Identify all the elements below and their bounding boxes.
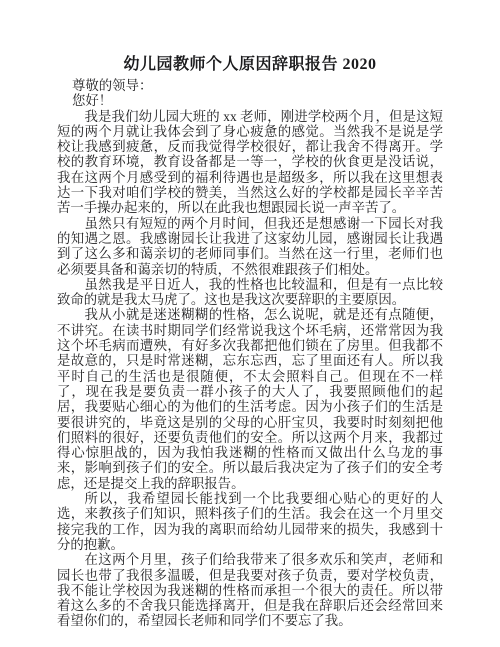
paragraph-farewell: 在这两个月里，孩子们给我带来了很多欢乐和笑声，老师和园长也带了我很多温暖，但是我… (57, 552, 443, 628)
document-title: 幼儿园教师个人原因辞职报告 2020 (0, 0, 500, 74)
paragraph-careless-personality: 我从小就是迷迷糊糊的性格，怎么说呢，就是还有点随便，不讲究。在读书时期同学们经常… (57, 307, 443, 491)
paragraph-intro-praise: 我是我们幼儿园大班的 xx 老师，刚进学校两个月，但是这短短的两个月就让我体会到… (57, 109, 443, 216)
paragraph-reason: 虽然我是平日近人，我的性格也比较温和，但是有一点比较致命的就是我太马虎了。这也是… (57, 277, 443, 308)
document-body: 尊敬的领导： 您好！ 我是我们幼儿园大班的 xx 老师，刚进学校两个月，但是这短… (57, 78, 443, 629)
salutation-line: 尊敬的领导： (57, 78, 443, 93)
paragraph-gratitude: 虽然只有短短的两个月时间，但我还是想感谢一下园长对我的知遇之恩。我感谢园长让我进… (57, 216, 443, 277)
greeting-line: 您好！ (57, 93, 443, 108)
paragraph-handover: 所以，我希望园长能找到一个比我要细心贴心的更好的人选，来教孩子们知识，照料孩子们… (57, 491, 443, 552)
document-page: 幼儿园教师个人原因辞职报告 2020 尊敬的领导： 您好！ 我是我们幼儿园大班的… (0, 0, 500, 647)
